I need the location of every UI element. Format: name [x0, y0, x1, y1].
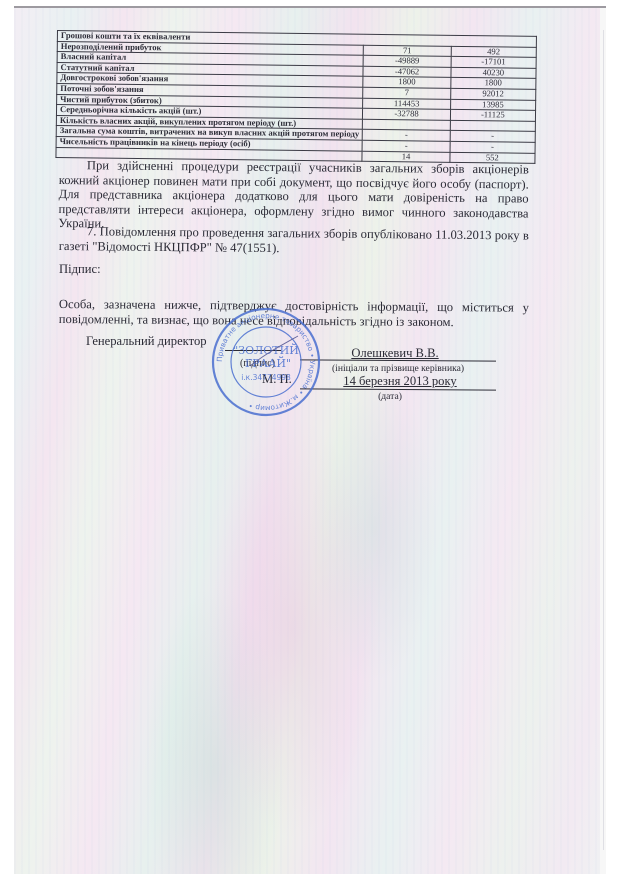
page-edge-line [603, 30, 604, 850]
publication-text: 7. Повідомлення про проведення загальних… [59, 224, 529, 254]
signer-name: Олешкевич В.В. [315, 346, 475, 361]
registration-paragraph: При здійсненні процедури реєстрації учас… [58, 158, 529, 235]
registration-text: При здійсненні процедури реєстрації учас… [58, 158, 529, 230]
financial-indicators-table: Грошові кошти та їх еквіваленти Нерозпод… [55, 30, 537, 164]
publication-paragraph: 7. Повідомлення про проведення загальних… [59, 224, 529, 258]
signature-date: 14 березня 2013 року [310, 374, 490, 389]
signer-position: Генеральний директор [86, 334, 207, 349]
company-seal-stamp: Приватне акціонерне товариство • Україна… [210, 306, 322, 418]
seal-code: і.к.34774998 [241, 373, 291, 382]
seal-name-line2: ГРААЙ" [245, 356, 291, 370]
signature-heading: Підпис: [59, 262, 101, 277]
date-caption: (дата) [340, 390, 440, 405]
